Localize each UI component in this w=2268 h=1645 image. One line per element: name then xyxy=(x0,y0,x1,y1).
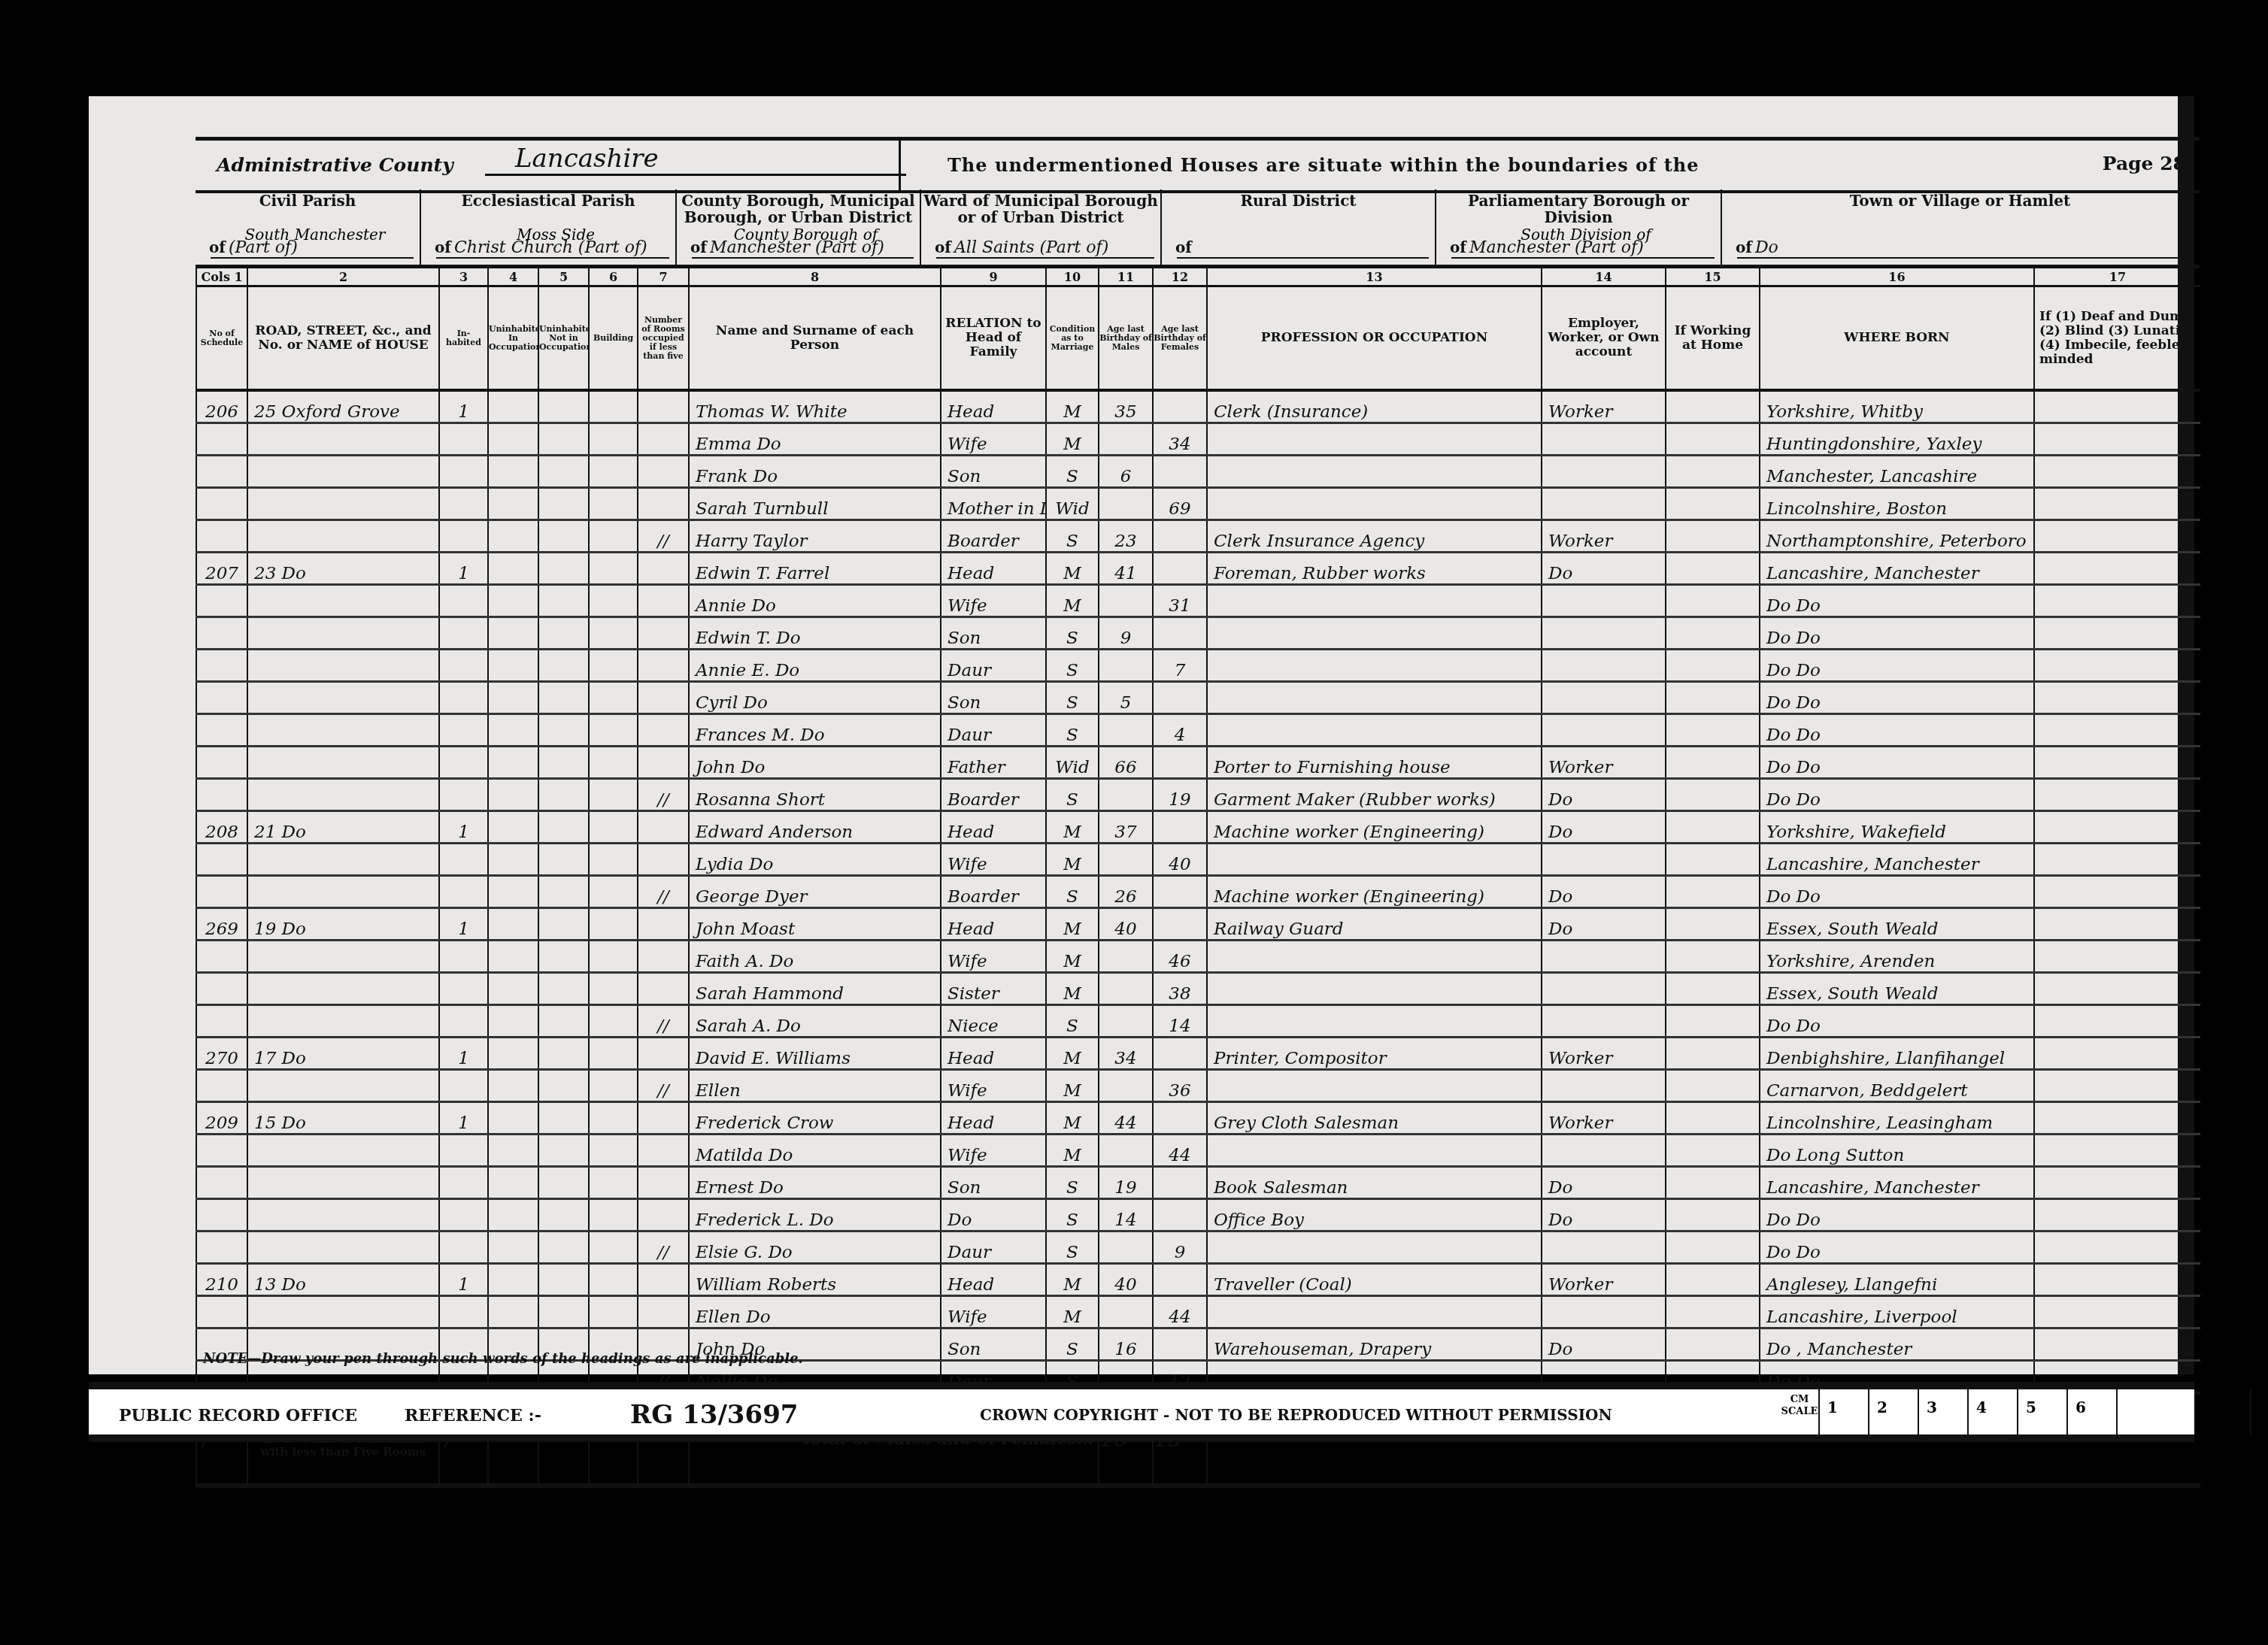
cell-rooms xyxy=(638,650,689,682)
column-header: Age last Birthday of Males xyxy=(1099,286,1153,391)
cell-name: Edwin T. Do xyxy=(689,617,941,650)
cell-relation: Wife xyxy=(941,1070,1046,1102)
cell-empty xyxy=(2034,747,2200,779)
cell-employment xyxy=(1542,682,1666,714)
cell-rooms xyxy=(638,1102,689,1135)
cell-empty xyxy=(2034,811,2200,844)
cell-name: Sarah Turnbull xyxy=(689,488,941,520)
cell-name: Thomas W. White xyxy=(689,390,941,423)
column-number: 11 xyxy=(1099,268,1153,286)
cell-inhabited xyxy=(439,488,488,520)
cell-address xyxy=(247,488,439,520)
cell-inhabited xyxy=(439,1070,488,1102)
table-row: Emma DoWifeM34Huntingdonshire, Yaxley xyxy=(196,423,2200,456)
reference-label: REFERENCE :- xyxy=(405,1406,541,1425)
area-3: Ward of Municipal Borough or of Urban Di… xyxy=(921,189,1162,265)
cell-employment: Do xyxy=(1542,1328,1666,1361)
cell-empty xyxy=(538,1296,589,1328)
cell-rooms xyxy=(638,811,689,844)
cell-relation: Sister xyxy=(941,973,1046,1005)
table-row: //Rosanna ShortBoarderS19Garment Maker (… xyxy=(196,779,2200,811)
cell-name: Edward Anderson xyxy=(689,811,941,844)
cell-employment xyxy=(1542,1005,1666,1038)
cell-where-born: Do Long Sutton xyxy=(1760,1135,2034,1167)
cell-empty xyxy=(589,1231,638,1264)
scale-mark: 1 xyxy=(1818,1389,1868,1434)
cell-age-f xyxy=(1153,1167,1207,1199)
cell-address xyxy=(247,520,439,553)
table-row: Sarah HammondSisterM38Essex, South Weald xyxy=(196,973,2200,1005)
cell-empty xyxy=(488,747,538,779)
cell-empty xyxy=(538,779,589,811)
cell-occupation: Book Salesman xyxy=(1207,1167,1542,1199)
cell-condition: M xyxy=(1046,1038,1099,1070)
cell-empty xyxy=(538,488,589,520)
cell-occupation: Traveller (Coal) xyxy=(1207,1264,1542,1296)
cell-where-born: Manchester, Lancashire xyxy=(1760,456,2034,488)
cell-condition: M xyxy=(1046,553,1099,585)
cell-empty xyxy=(589,682,638,714)
cell-where-born: Huntingdonshire, Yaxley xyxy=(1760,423,2034,456)
cell-empty xyxy=(589,747,638,779)
area-value: ofChrist Church (Part of) xyxy=(436,238,669,259)
cell-empty xyxy=(589,1102,638,1135)
cell-schedule xyxy=(196,1135,247,1167)
cell-empty xyxy=(589,390,638,423)
cell-inhabited xyxy=(439,779,488,811)
cell-rooms: // xyxy=(638,1005,689,1038)
cell-rooms xyxy=(638,423,689,456)
cell-age-m: 37 xyxy=(1099,811,1153,844)
cell-age-m: 66 xyxy=(1099,747,1153,779)
table-row: Matilda DoWifeM44Do Long Sutton xyxy=(196,1135,2200,1167)
cell-empty xyxy=(1666,714,1760,747)
cell-occupation xyxy=(1207,682,1542,714)
cell-empty xyxy=(538,650,589,682)
table-row: Edwin T. DoSonS9Do Do xyxy=(196,617,2200,650)
cell-occupation: Porter to Furnishing house xyxy=(1207,747,1542,779)
cell-occupation: Foreman, Rubber works xyxy=(1207,553,1542,585)
cell-age-m: 19 xyxy=(1099,1167,1153,1199)
cell-empty xyxy=(1666,682,1760,714)
table-row: //Harry TaylorBoarderS23Clerk Insurance … xyxy=(196,520,2200,553)
cell-age-m: 35 xyxy=(1099,390,1153,423)
area-0: Civil Parish South Manchester of(Part of… xyxy=(196,189,421,265)
cell-condition: S xyxy=(1046,876,1099,908)
census-table: Cols 1234567891011121314151617 No of Sch… xyxy=(196,268,2200,1488)
cell-empty xyxy=(1666,1231,1760,1264)
table-row: Sarah TurnbullMother in LawWid69Lincolns… xyxy=(196,488,2200,520)
cell-empty xyxy=(488,1135,538,1167)
cell-empty xyxy=(1666,811,1760,844)
cell-condition: S xyxy=(1046,650,1099,682)
cell-condition: S xyxy=(1046,1005,1099,1038)
cell-condition: S xyxy=(1046,456,1099,488)
area-value: of xyxy=(1177,238,1429,259)
cell-empty xyxy=(538,1102,589,1135)
cell-employment: Worker xyxy=(1542,747,1666,779)
cell-where-born: Do Do xyxy=(1760,714,2034,747)
cell-age-f xyxy=(1153,908,1207,941)
cell-occupation: Warehouseman, Drapery xyxy=(1207,1328,1542,1361)
area-descriptors: Civil Parish South Manchester of(Part of… xyxy=(196,189,2200,268)
cell-relation: Wife xyxy=(941,941,1046,973)
cell-address: 23 Do xyxy=(247,553,439,585)
cell-name: John Do xyxy=(689,747,941,779)
column-number: 4 xyxy=(488,268,538,286)
area-2: County Borough, Municipal Borough, or Ur… xyxy=(677,189,921,265)
cell-rooms xyxy=(638,585,689,617)
area-title: Rural District xyxy=(1162,192,1435,209)
cell-age-m xyxy=(1099,844,1153,876)
area-value: ofDo xyxy=(1737,238,2192,259)
page-number: Page 28 xyxy=(2103,153,2186,174)
cell-empty xyxy=(1666,1199,1760,1231)
cell-empty xyxy=(589,553,638,585)
cell-empty xyxy=(488,1264,538,1296)
scale-mark: 3 xyxy=(1918,1389,1967,1434)
cell-empty xyxy=(538,973,589,1005)
cell-occupation: Clerk Insurance Agency xyxy=(1207,520,1542,553)
cell-occupation: Machine worker (Engineering) xyxy=(1207,811,1542,844)
cell-empty xyxy=(1666,1296,1760,1328)
cell-employment: Do xyxy=(1542,779,1666,811)
cell-relation: Son xyxy=(941,682,1046,714)
cell-relation: Niece xyxy=(941,1005,1046,1038)
cell-name: Emma Do xyxy=(689,423,941,456)
cell-empty xyxy=(2034,908,2200,941)
cell-rooms xyxy=(638,747,689,779)
cell-empty xyxy=(2034,1199,2200,1231)
cell-age-f xyxy=(1153,1102,1207,1135)
cell-empty xyxy=(2034,553,2200,585)
cell-empty xyxy=(589,973,638,1005)
cell-occupation xyxy=(1207,941,1542,973)
cell-empty xyxy=(538,1167,589,1199)
cell-empty xyxy=(538,585,589,617)
cell-empty xyxy=(589,714,638,747)
of-label: of xyxy=(1450,238,1466,256)
cell-empty xyxy=(488,876,538,908)
cell-inhabited xyxy=(439,1167,488,1199)
cell-condition: S xyxy=(1046,682,1099,714)
cell-where-born: Lincolnshire, Leasingham xyxy=(1760,1102,2034,1135)
cell-empty xyxy=(538,1005,589,1038)
cell-empty xyxy=(589,844,638,876)
cell-employment xyxy=(1542,1296,1666,1328)
cell-relation: Do xyxy=(941,1199,1046,1231)
cell-condition: M xyxy=(1046,973,1099,1005)
cell-employment: Do xyxy=(1542,811,1666,844)
cell-empty xyxy=(1666,650,1760,682)
cell-relation: Wife xyxy=(941,585,1046,617)
cell-age-m: 16 xyxy=(1099,1328,1153,1361)
cell-empty xyxy=(2034,1264,2200,1296)
cell-empty xyxy=(488,553,538,585)
cell-where-born: Yorkshire, Whitby xyxy=(1760,390,2034,423)
cell-rooms xyxy=(638,1264,689,1296)
cell-where-born: Do Do xyxy=(1760,1199,2034,1231)
column-number: 13 xyxy=(1207,268,1542,286)
column-number: 3 xyxy=(439,268,488,286)
area-value-text: Manchester (Part of) xyxy=(1469,238,1644,257)
column-number: 6 xyxy=(589,268,638,286)
cell-condition: S xyxy=(1046,1199,1099,1231)
reference-value: RG 13/3697 xyxy=(630,1400,799,1430)
cell-empty xyxy=(488,941,538,973)
cell-empty xyxy=(538,1231,589,1264)
column-header: WHERE BORN xyxy=(1760,286,2034,391)
cell-age-m: 5 xyxy=(1099,682,1153,714)
cell-address xyxy=(247,617,439,650)
cell-name: Frederick Crow xyxy=(689,1102,941,1135)
cell-empty xyxy=(488,779,538,811)
column-number: 16 xyxy=(1760,268,2034,286)
cell-name: Rosanna Short xyxy=(689,779,941,811)
cell-schedule: 206 xyxy=(196,390,247,423)
cell-empty xyxy=(488,1167,538,1199)
cell-condition: M xyxy=(1046,585,1099,617)
cell-schedule xyxy=(196,682,247,714)
cell-inhabited xyxy=(439,1005,488,1038)
cell-empty xyxy=(1666,908,1760,941)
cell-schedule: 270 xyxy=(196,1038,247,1070)
cell-name: Faith A. Do xyxy=(689,941,941,973)
instruction-note: NOTE—Draw your pen through such words of… xyxy=(196,1351,803,1367)
cell-empty xyxy=(589,423,638,456)
cell-inhabited xyxy=(439,941,488,973)
cell-condition: Wid xyxy=(1046,488,1099,520)
cell-occupation xyxy=(1207,650,1542,682)
table-row: 20723 Do1Edwin T. FarrelHeadM41Foreman, … xyxy=(196,553,2200,585)
cell-condition: M xyxy=(1046,390,1099,423)
scale-mark-blank xyxy=(2116,1389,2251,1434)
table-row: Ellen DoWifeM44Lancashire, Liverpool xyxy=(196,1296,2200,1328)
cell-name: Annie E. Do xyxy=(689,650,941,682)
census-form: Administrative County Lancashire The und… xyxy=(196,137,2200,1346)
cell-empty xyxy=(589,520,638,553)
cell-schedule xyxy=(196,488,247,520)
cell-age-m: 26 xyxy=(1099,876,1153,908)
cell-name: Sarah A. Do xyxy=(689,1005,941,1038)
cell-empty xyxy=(488,650,538,682)
administrative-county-value: Lancashire xyxy=(485,144,906,176)
column-number: 2 xyxy=(247,268,439,286)
cell-age-m: 40 xyxy=(1099,1264,1153,1296)
cell-rooms xyxy=(638,456,689,488)
cell-relation: Daur xyxy=(941,1231,1046,1264)
cell-age-f: 14 xyxy=(1153,1005,1207,1038)
cell-where-born: Lancashire, Liverpool xyxy=(1760,1296,2034,1328)
cell-employment xyxy=(1542,941,1666,973)
column-number: 8 xyxy=(689,268,941,286)
cell-empty xyxy=(1666,747,1760,779)
cell-empty xyxy=(2034,876,2200,908)
cell-relation: Son xyxy=(941,1167,1046,1199)
cell-where-born: Denbighshire, Llanfihangel xyxy=(1760,1038,2034,1070)
area-title: Parliamentary Borough or Division xyxy=(1436,192,1721,226)
area-value-text: All Saints (Part of) xyxy=(954,238,1108,257)
cell-empty xyxy=(538,390,589,423)
cell-condition: S xyxy=(1046,520,1099,553)
cell-relation: Daur xyxy=(941,650,1046,682)
scale-mark: 2 xyxy=(1868,1389,1918,1434)
cell-name: Elsie G. Do xyxy=(689,1231,941,1264)
cell-employment xyxy=(1542,617,1666,650)
cell-where-born: Do Do xyxy=(1760,585,2034,617)
table-row: Frances M. DoDaurS4Do Do xyxy=(196,714,2200,747)
cell-empty xyxy=(2034,973,2200,1005)
column-header: No of Schedule xyxy=(196,286,247,391)
cell-condition: M xyxy=(1046,1102,1099,1135)
cell-age-m xyxy=(1099,1005,1153,1038)
cell-relation: Head xyxy=(941,1264,1046,1296)
cell-name: Ellen Do xyxy=(689,1296,941,1328)
cell-employment: Do xyxy=(1542,1167,1666,1199)
cell-occupation xyxy=(1207,585,1542,617)
cell-occupation xyxy=(1207,456,1542,488)
cell-name: Harry Taylor xyxy=(689,520,941,553)
column-header: Employer, Worker, or Own account xyxy=(1542,286,1666,391)
cell-empty xyxy=(589,1135,638,1167)
cell-address xyxy=(247,1167,439,1199)
cell-empty xyxy=(589,908,638,941)
cell-age-f: 34 xyxy=(1153,423,1207,456)
cell-empty xyxy=(488,682,538,714)
cell-age-f xyxy=(1153,811,1207,844)
cell-empty xyxy=(1666,520,1760,553)
cell-inhabited: 1 xyxy=(439,1038,488,1070)
cell-rooms: // xyxy=(638,520,689,553)
area-title: County Borough, Municipal Borough, or Ur… xyxy=(677,192,920,226)
cell-schedule xyxy=(196,1231,247,1264)
cell-empty xyxy=(488,456,538,488)
cell-rooms xyxy=(638,844,689,876)
cell-schedule xyxy=(196,1296,247,1328)
area-value: ofManchester (Part of) xyxy=(692,238,914,259)
cell-inhabited xyxy=(439,1135,488,1167)
cell-schedule xyxy=(196,779,247,811)
cell-schedule xyxy=(196,1199,247,1231)
cell-occupation xyxy=(1207,714,1542,747)
cell-empty xyxy=(1666,553,1760,585)
cell-occupation xyxy=(1207,1296,1542,1328)
table-row: Annie E. DoDaurS7Do Do xyxy=(196,650,2200,682)
cell-empty xyxy=(538,1038,589,1070)
cell-schedule: 269 xyxy=(196,908,247,941)
cell-occupation xyxy=(1207,423,1542,456)
of-label: of xyxy=(435,238,451,256)
cell-empty xyxy=(538,714,589,747)
cell-rooms: // xyxy=(638,1231,689,1264)
cell-age-m: 41 xyxy=(1099,553,1153,585)
cell-address xyxy=(247,650,439,682)
cell-rooms xyxy=(638,488,689,520)
cell-relation: Head xyxy=(941,1102,1046,1135)
cell-condition: M xyxy=(1046,1264,1099,1296)
cell-inhabited: 1 xyxy=(439,390,488,423)
cell-age-m xyxy=(1099,488,1153,520)
cell-address xyxy=(247,1199,439,1231)
cell-condition: M xyxy=(1046,844,1099,876)
cell-address xyxy=(247,941,439,973)
cell-inhabited xyxy=(439,617,488,650)
cell-schedule xyxy=(196,1070,247,1102)
area-value-text: (Part of) xyxy=(229,238,298,257)
cell-address xyxy=(247,779,439,811)
table-row: Frederick L. DoDoS14Office BoyDoDo Do xyxy=(196,1199,2200,1231)
cell-inhabited xyxy=(439,747,488,779)
cell-occupation xyxy=(1207,1005,1542,1038)
cell-occupation: Grey Cloth Salesman xyxy=(1207,1102,1542,1135)
table-row: Cyril DoSonS5Do Do xyxy=(196,682,2200,714)
cell-address xyxy=(247,682,439,714)
cell-rooms xyxy=(638,1038,689,1070)
cell-occupation xyxy=(1207,1231,1542,1264)
cell-empty xyxy=(1666,1005,1760,1038)
cell-employment xyxy=(1542,488,1666,520)
column-header: In-habited xyxy=(439,286,488,391)
cell-occupation: Printer, Compositor xyxy=(1207,1038,1542,1070)
cell-empty xyxy=(488,390,538,423)
cell-age-f xyxy=(1153,682,1207,714)
column-header: Uninhabited Not in Occupation xyxy=(538,286,589,391)
cell-where-born: Do Do xyxy=(1760,1005,2034,1038)
cell-employment xyxy=(1542,714,1666,747)
cell-empty xyxy=(589,1005,638,1038)
copyright-notice: CROWN COPYRIGHT - NOT TO BE REPRODUCED W… xyxy=(980,1406,1612,1424)
cell-age-f: 19 xyxy=(1153,779,1207,811)
cell-inhabited xyxy=(439,456,488,488)
cell-empty xyxy=(1666,1264,1760,1296)
column-number: 5 xyxy=(538,268,589,286)
cell-relation: Boarder xyxy=(941,520,1046,553)
cell-where-born: Do Do xyxy=(1760,779,2034,811)
cell-address xyxy=(247,747,439,779)
cell-rooms xyxy=(638,973,689,1005)
cell-empty xyxy=(538,1135,589,1167)
cell-employment xyxy=(1542,423,1666,456)
cell-age-m: 6 xyxy=(1099,456,1153,488)
cell-rooms xyxy=(638,1167,689,1199)
cell-empty xyxy=(538,811,589,844)
cell-age-f: 46 xyxy=(1153,941,1207,973)
cell-schedule: 208 xyxy=(196,811,247,844)
cell-schedule xyxy=(196,714,247,747)
area-value-text: Do xyxy=(1755,238,1778,257)
cell-empty xyxy=(488,1005,538,1038)
column-numbers: Cols 1234567891011121314151617 xyxy=(196,268,2200,286)
cell-inhabited xyxy=(439,650,488,682)
cell-age-f: 4 xyxy=(1153,714,1207,747)
column-number: 14 xyxy=(1542,268,1666,286)
cell-employment: Do xyxy=(1542,553,1666,585)
cell-name: Frederick L. Do xyxy=(689,1199,941,1231)
area-title: Ward of Municipal Borough or of Urban Di… xyxy=(921,192,1160,226)
cell-empty xyxy=(1666,456,1760,488)
cell-address: 21 Do xyxy=(247,811,439,844)
of-label: of xyxy=(209,238,226,256)
area-value-text: Christ Church (Part of) xyxy=(454,238,647,257)
cell-empty xyxy=(538,1199,589,1231)
cell-empty xyxy=(589,1199,638,1231)
column-header: Condition as to Marriage xyxy=(1046,286,1099,391)
cell-employment: Do xyxy=(1542,876,1666,908)
cell-empty xyxy=(2034,520,2200,553)
cell-condition: S xyxy=(1046,1328,1099,1361)
cell-empty xyxy=(1666,1102,1760,1135)
cell-employment: Worker xyxy=(1542,1038,1666,1070)
